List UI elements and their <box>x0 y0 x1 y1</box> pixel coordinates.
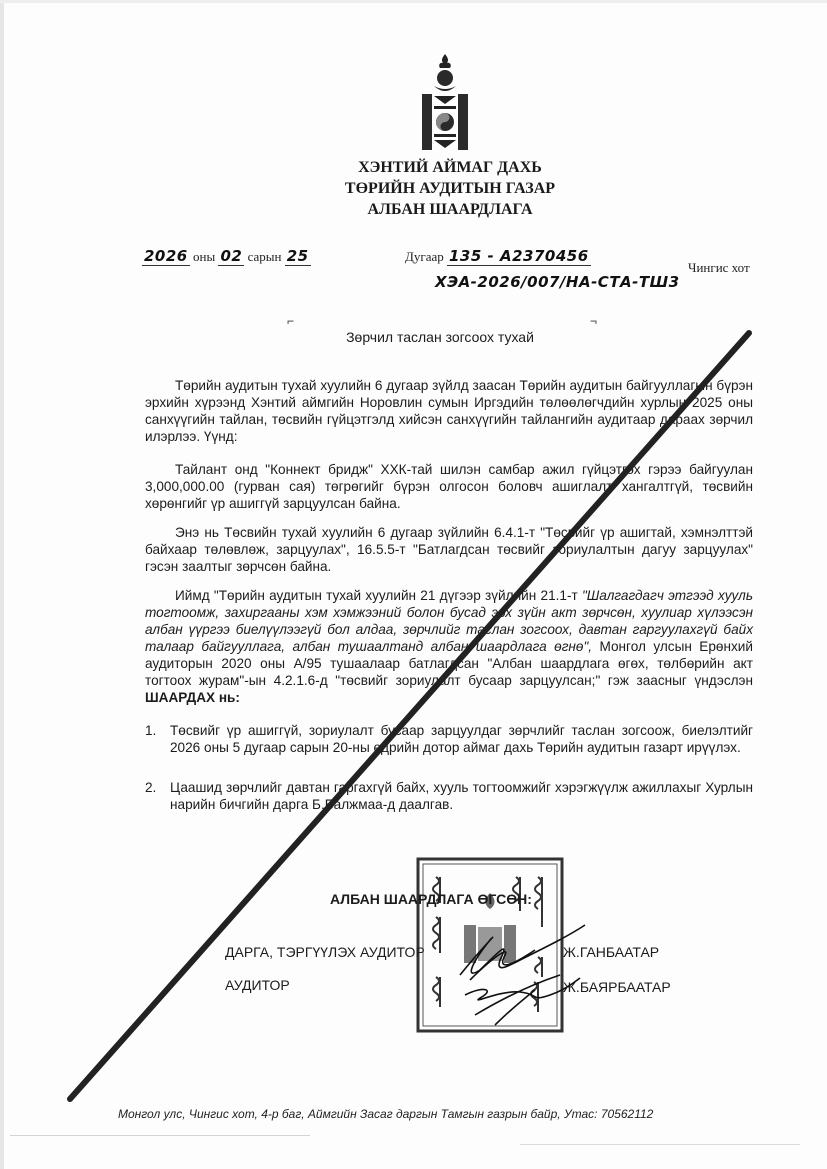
date-day: 25 <box>285 247 311 266</box>
footer-address: Монгол улс, Чингис хот, 4-р баг, Аймгийн… <box>118 1107 653 1121</box>
number-label: Дугаар <box>405 249 444 264</box>
document-type: АЛБАН ШААРДЛАГА <box>250 199 650 220</box>
scan-artifact <box>520 1144 800 1145</box>
signer-role-2: АУДИТОР <box>225 977 290 993</box>
state-emblem-icon <box>420 52 470 156</box>
month-label: сарын <box>248 249 282 264</box>
document-reference: ХЭА-2026/007/НА-СТА-ТШ3 <box>435 273 680 291</box>
scan-edge-top <box>0 0 827 3</box>
signer-role-1: ДАРГА, ТЭРГҮҮЛЭХ АУДИТОР <box>225 944 425 960</box>
list-item: 1. Төсвийг үр ашиггүй, зориулалт бусаар … <box>145 722 753 756</box>
handwritten-signatures-icon <box>440 920 590 1040</box>
year-label: оны <box>193 249 215 264</box>
list-item: 2. Цаашид зөрчлийг давтан гаргахгүй байх… <box>145 779 753 813</box>
body-paragraph-4: Иймд "Төрийн аудитын тухай хуулийн 21 дү… <box>145 587 753 706</box>
corner-mark-right: ¬ <box>590 314 597 328</box>
document-number: Дугаар 135 - А2370456 <box>405 247 591 266</box>
corner-mark-left: ⌐ <box>287 314 294 328</box>
date-year: 2026 <box>142 247 190 266</box>
p4-demand-heading: ШААРДАХ нь: <box>145 690 240 705</box>
demand-list: 1. Төсвийг үр ашиггүй, зориулалт бусаар … <box>145 722 753 836</box>
subject-line: Зөрчил таслан зогсоох тухай <box>270 329 610 345</box>
org-line-2: ТӨРИЙН АУДИТЫН ГАЗАР <box>250 178 650 199</box>
body-paragraph-3: Энэ нь Төсвийн тухай хуулийн 6 дугаар зү… <box>145 524 753 575</box>
date-month: 02 <box>218 247 244 266</box>
body-paragraph-2: Тайлант онд "Коннект бридж" ХХК-тай шилэ… <box>145 461 753 512</box>
scan-artifact <box>10 1135 310 1136</box>
scan-edge-left <box>0 0 4 1169</box>
body-paragraph-1: Төрийн аудитын тухай хуулийн 6 дугаар зү… <box>145 377 753 445</box>
p4-intro: Иймд "Төрийн аудитын тухай хуулийн 21 дү… <box>175 588 582 603</box>
number-value: 135 - А2370456 <box>447 247 591 266</box>
organization-header: ХЭНТИЙ АЙМАГ ДАХЬ ТӨРИЙН АУДИТЫН ГАЗАР А… <box>250 157 650 220</box>
signature-heading: АЛБАН ШААРДЛАГА ӨГСӨН: <box>330 891 532 907</box>
city: Чингис хот <box>688 260 750 276</box>
org-line-1: ХЭНТИЙ АЙМАГ ДАХЬ <box>250 157 650 178</box>
document-date: 2026 оны 02 сарын 25 <box>142 247 311 266</box>
